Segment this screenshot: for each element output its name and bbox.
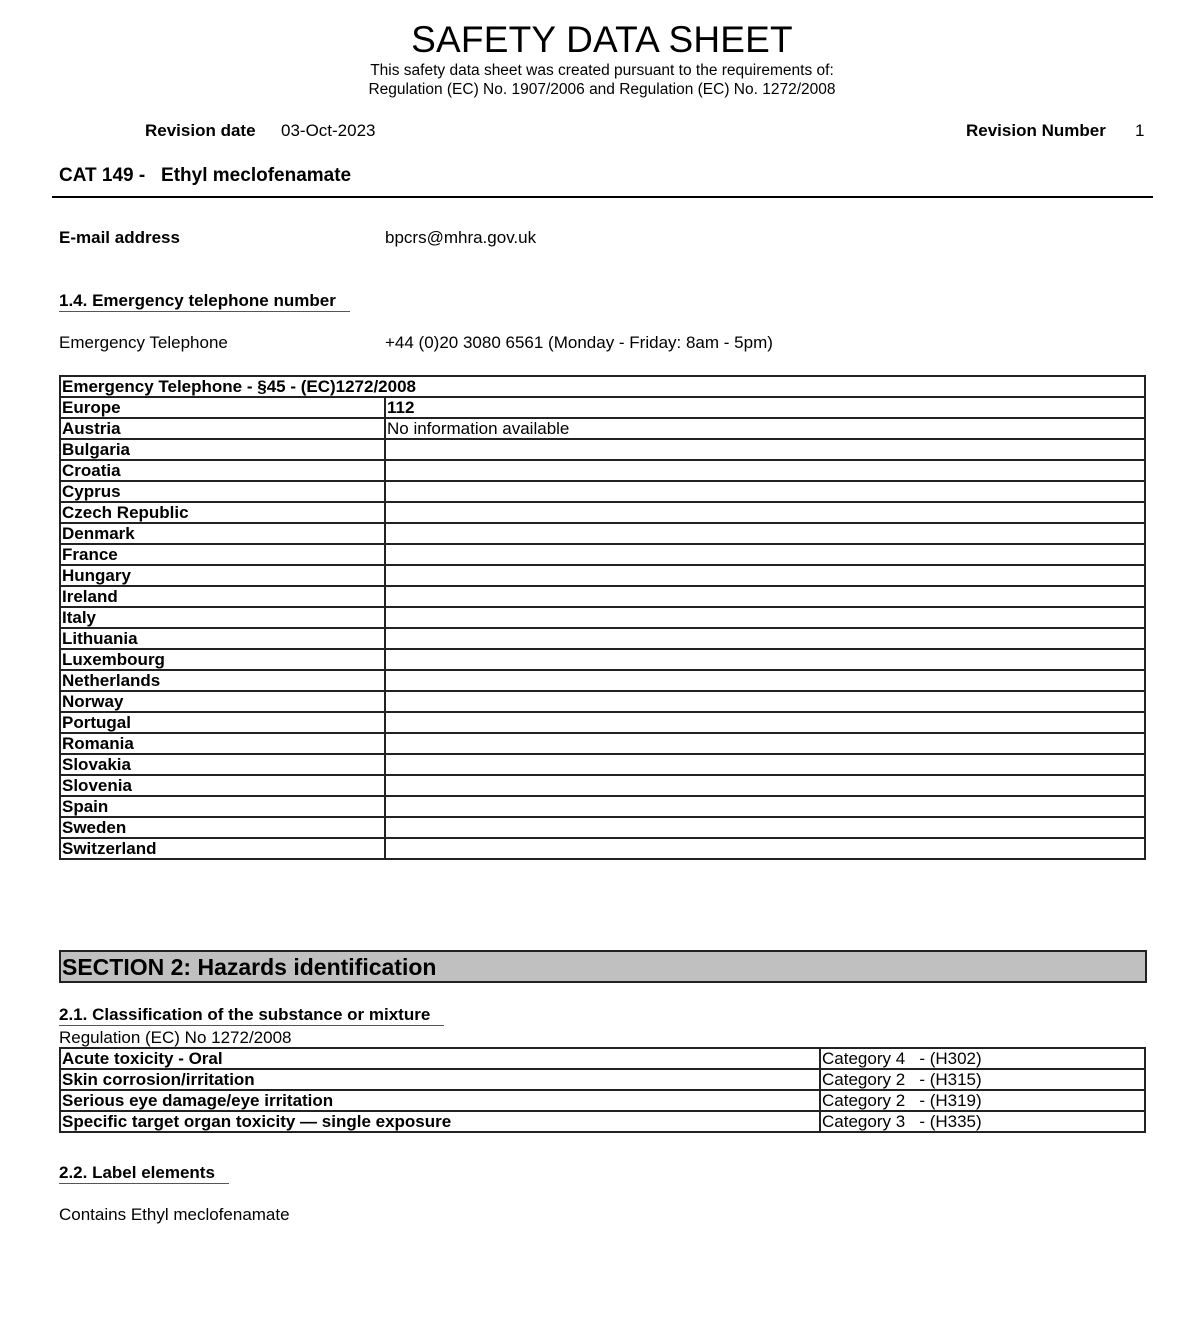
phone-number-cell: No information available <box>385 418 1145 439</box>
phone-number-cell <box>385 460 1145 481</box>
table-row: France <box>60 544 1145 565</box>
table-row: Lithuania <box>60 628 1145 649</box>
phone-number-cell <box>385 544 1145 565</box>
email-label: E-mail address <box>59 228 180 248</box>
country-cell: Czech Republic <box>60 502 385 523</box>
email-value: bpcrs@mhra.gov.uk <box>385 228 536 248</box>
revision-number-label: Revision Number <box>966 121 1106 141</box>
document-subtitle-line-2: Regulation (EC) No. 1907/2006 and Regula… <box>0 80 1189 99</box>
country-cell: Slovenia <box>60 775 385 796</box>
country-cell: Sweden <box>60 817 385 838</box>
hazard-category-cell: Category 3 - (H335) <box>820 1111 1145 1132</box>
country-cell: Austria <box>60 418 385 439</box>
table-row: Ireland <box>60 586 1145 607</box>
emergency-telephone-heading: 1.4. Emergency telephone number <box>59 291 350 312</box>
phone-number-cell <box>385 670 1145 691</box>
header-divider <box>52 196 1153 198</box>
phone-number-cell <box>385 691 1145 712</box>
table-row: Acute toxicity - OralCategory 4 - (H302) <box>60 1048 1145 1069</box>
emergency-telephone-table: Emergency Telephone - §45 - (EC)1272/200… <box>59 375 1146 860</box>
table-row: Specific target organ toxicity — single … <box>60 1111 1145 1132</box>
phone-number-cell <box>385 502 1145 523</box>
table-row: Slovenia <box>60 775 1145 796</box>
table-row: Norway <box>60 691 1145 712</box>
phone-number-cell <box>385 649 1145 670</box>
table-row: Bulgaria <box>60 439 1145 460</box>
phone-number-cell <box>385 733 1145 754</box>
country-cell: Spain <box>60 796 385 817</box>
country-cell: Netherlands <box>60 670 385 691</box>
phone-number-cell <box>385 775 1145 796</box>
hazard-class-cell: Serious eye damage/eye irritation <box>60 1090 820 1111</box>
hazard-category-cell: Category 2 - (H319) <box>820 1090 1145 1111</box>
phone-number-cell <box>385 586 1145 607</box>
table-row: Skin corrosion/irritationCategory 2 - (H… <box>60 1069 1145 1090</box>
phone-number-cell <box>385 523 1145 544</box>
document-title: SAFETY DATA SHEET <box>0 18 1189 62</box>
revision-date-value: 03-Oct-2023 <box>281 121 376 141</box>
phone-number-cell <box>385 754 1145 775</box>
table-row: AustriaNo information available <box>60 418 1145 439</box>
country-cell: Lithuania <box>60 628 385 649</box>
country-cell: Ireland <box>60 586 385 607</box>
country-cell: Denmark <box>60 523 385 544</box>
contains-statement: Contains Ethyl meclofenamate <box>59 1205 290 1225</box>
table-header-row: Emergency Telephone - §45 - (EC)1272/200… <box>60 376 1145 397</box>
country-cell: Switzerland <box>60 838 385 859</box>
table-row: Netherlands <box>60 670 1145 691</box>
table-row: Croatia <box>60 460 1145 481</box>
table-row: Europe112 <box>60 397 1145 418</box>
country-cell: Croatia <box>60 460 385 481</box>
country-cell: Italy <box>60 607 385 628</box>
regulation-reference: Regulation (EC) No 1272/2008 <box>59 1028 291 1048</box>
table-row: Spain <box>60 796 1145 817</box>
phone-number-cell <box>385 796 1145 817</box>
phone-number-cell <box>385 439 1145 460</box>
section-2-header: SECTION 2: Hazards identification <box>59 950 1147 983</box>
table-row: Luxembourg <box>60 649 1145 670</box>
table-header-cell: Emergency Telephone - §45 - (EC)1272/200… <box>60 376 1145 397</box>
hazard-class-cell: Specific target organ toxicity — single … <box>60 1111 820 1132</box>
country-cell: Cyprus <box>60 481 385 502</box>
country-cell: Europe <box>60 397 385 418</box>
hazard-class-cell: Acute toxicity - Oral <box>60 1048 820 1069</box>
country-cell: Bulgaria <box>60 439 385 460</box>
phone-number-cell <box>385 565 1145 586</box>
table-row: Denmark <box>60 523 1145 544</box>
table-row: Serious eye damage/eye irritationCategor… <box>60 1090 1145 1111</box>
table-row: Sweden <box>60 817 1145 838</box>
table-row: Portugal <box>60 712 1145 733</box>
phone-number-cell <box>385 817 1145 838</box>
phone-number-cell <box>385 712 1145 733</box>
country-cell: Romania <box>60 733 385 754</box>
table-row: Romania <box>60 733 1145 754</box>
phone-number-cell <box>385 481 1145 502</box>
phone-number-cell: 112 <box>385 397 1145 418</box>
hazard-category-cell: Category 4 - (H302) <box>820 1048 1145 1069</box>
country-cell: Luxembourg <box>60 649 385 670</box>
document-subtitle-line-1: This safety data sheet was created pursu… <box>0 61 1189 80</box>
table-row: Czech Republic <box>60 502 1145 523</box>
table-row: Hungary <box>60 565 1145 586</box>
country-cell: Norway <box>60 691 385 712</box>
phone-number-cell <box>385 607 1145 628</box>
classification-heading: 2.1. Classification of the substance or … <box>59 1005 444 1026</box>
phone-number-cell <box>385 628 1145 649</box>
table-row: Slovakia <box>60 754 1145 775</box>
label-elements-heading: 2.2. Label elements <box>59 1163 229 1184</box>
table-row: Cyprus <box>60 481 1145 502</box>
phone-number-cell <box>385 838 1145 859</box>
table-row: Italy <box>60 607 1145 628</box>
emergency-telephone-value: +44 (0)20 3080 6561 (Monday - Friday: 8a… <box>385 333 773 353</box>
hazard-classification-table: Acute toxicity - OralCategory 4 - (H302)… <box>59 1047 1146 1133</box>
product-identifier: CAT 149 - Ethyl meclofenamate <box>59 165 351 187</box>
revision-date-label: Revision date <box>145 121 256 141</box>
country-cell: Slovakia <box>60 754 385 775</box>
country-cell: Hungary <box>60 565 385 586</box>
country-cell: Portugal <box>60 712 385 733</box>
emergency-telephone-label: Emergency Telephone <box>59 333 228 353</box>
hazard-class-cell: Skin corrosion/irritation <box>60 1069 820 1090</box>
country-cell: France <box>60 544 385 565</box>
table-row: Switzerland <box>60 838 1145 859</box>
hazard-category-cell: Category 2 - (H315) <box>820 1069 1145 1090</box>
revision-number-value: 1 <box>1135 121 1144 141</box>
